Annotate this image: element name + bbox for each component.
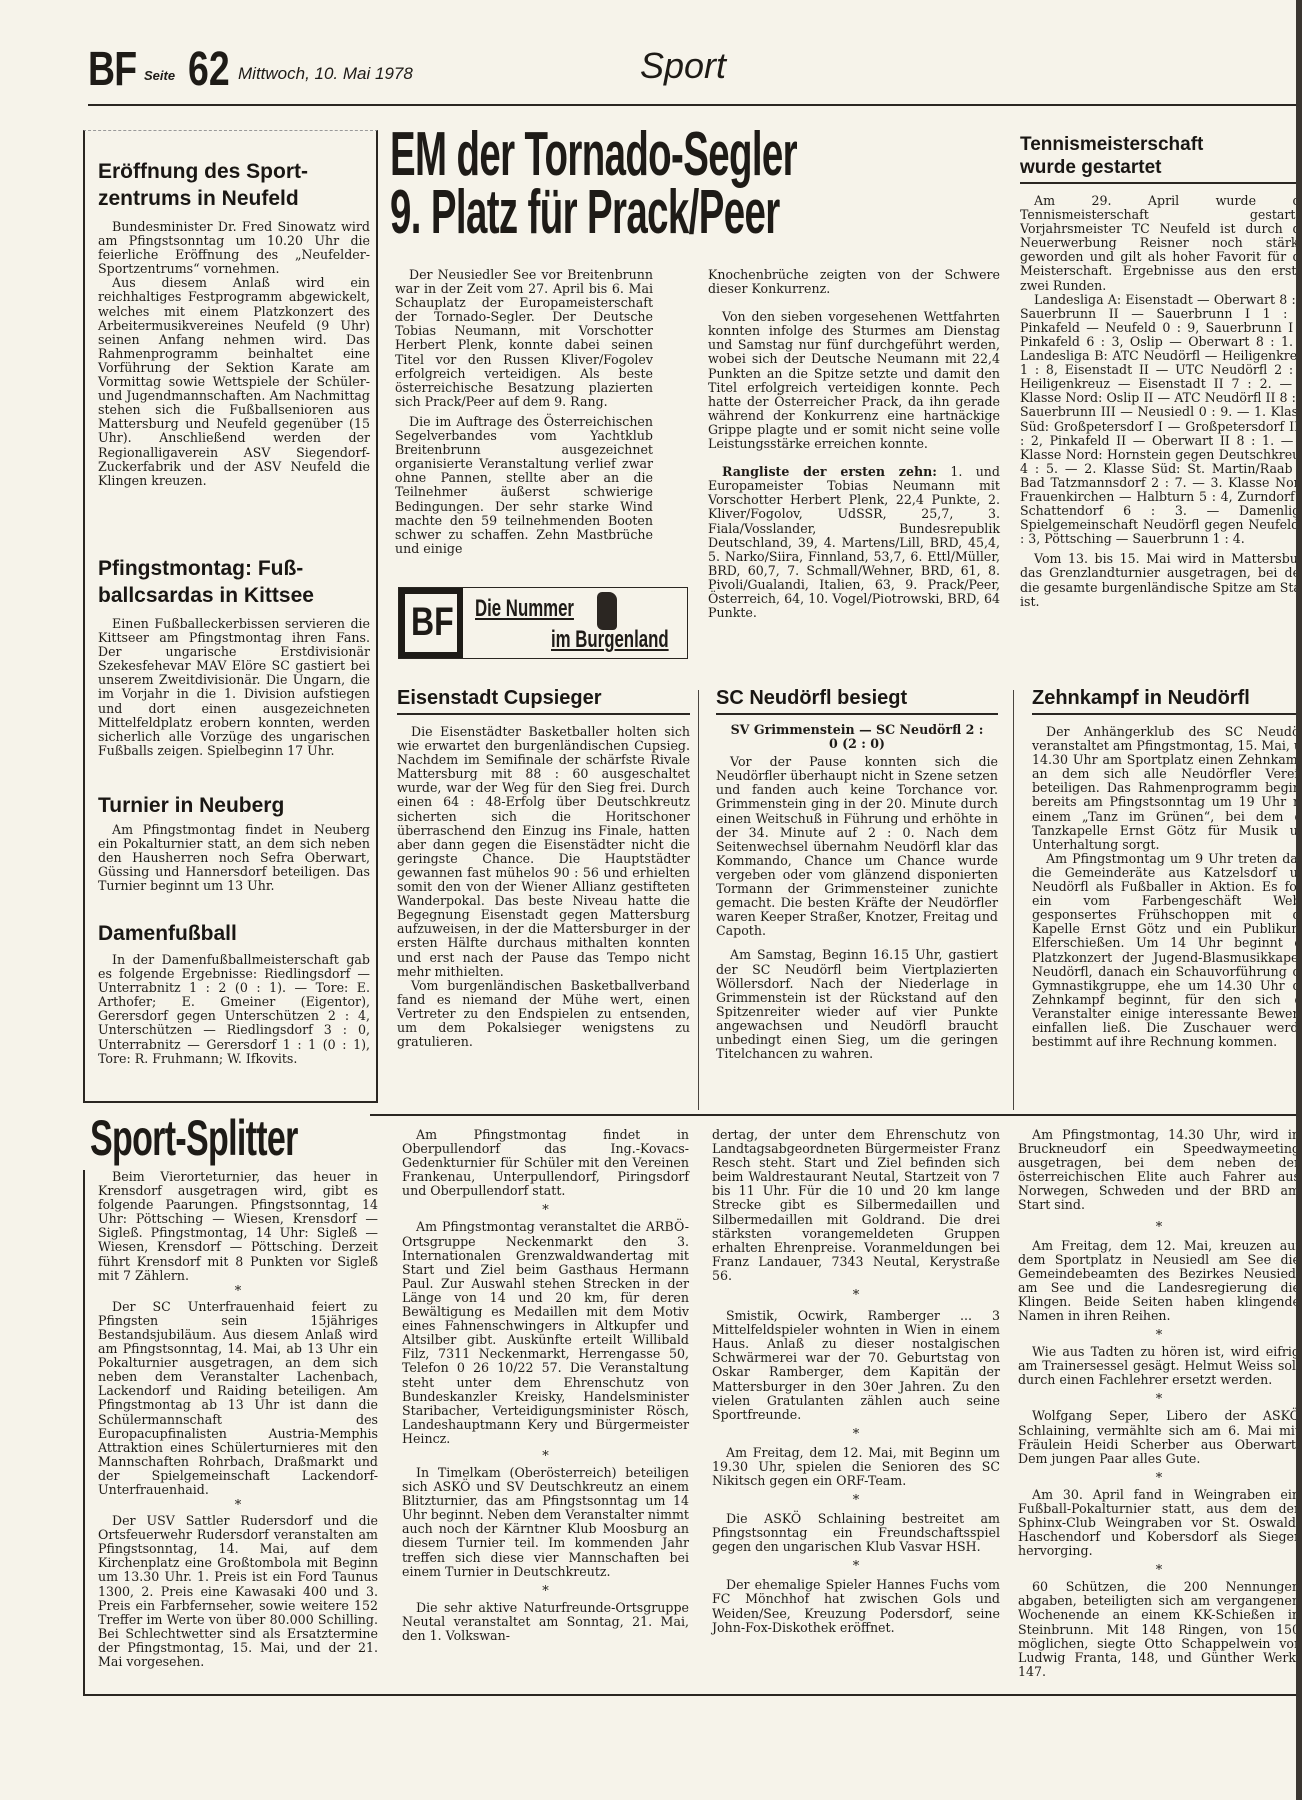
paragraph: Beim Vierorteturnier, das heuer in Krens…: [98, 1170, 378, 1283]
lead-headline-line1: EM der Tornado-Segler: [390, 126, 774, 184]
paragraph: Am Pfingstmontag um 9 Uhr treten dann di…: [1032, 852, 1302, 1049]
kittsee-headline-line1: Pfingstmontag: Fuß-: [98, 555, 370, 582]
paragraph: Der USV Sattler Rudersdorf und die Ortsf…: [98, 1514, 378, 1669]
kittsee-body: Einen Fußballeckerbissen servieren die K…: [98, 617, 370, 758]
article-neufeld: Eröffnung des Sport- zentrums in Neufeld…: [98, 158, 370, 488]
score-line: SV Grimmenstein — SC Neudörfl 2 : 0 (2 :…: [716, 723, 998, 751]
neufeld-body: Bundesminister Dr. Fred Sinowatz wird am…: [98, 220, 370, 488]
splitter-col-4: Am Pfingstmontag, 14.30 Uhr, wird in Bru…: [1018, 1128, 1300, 1679]
separator-asterisk: *: [98, 1285, 378, 1299]
masthead-date: Mittwoch, 10. Mai 1978: [238, 64, 413, 84]
number-one-icon: [597, 592, 617, 630]
splitter-top-rule: [370, 1114, 1302, 1116]
separator-asterisk: *: [1018, 1329, 1300, 1343]
paragraph: Bundesminister Dr. Fred Sinowatz wird am…: [98, 220, 370, 276]
masthead-page-number: 62: [188, 46, 230, 94]
bf-ad-logo-box: BF: [399, 588, 463, 658]
bf-ad-logo: BF: [411, 602, 454, 642]
neuberg-body: Am Pfingstmontag findet in Neuberg ein P…: [98, 823, 370, 893]
tennis-headline-line1: Tennismeisterschaft: [1020, 133, 1302, 156]
masthead-rule: [88, 104, 1298, 106]
article-eisenstadt: Eisenstadt Cupsieger Die Eisenstädter Ba…: [397, 685, 690, 1049]
page-edge: [1296, 0, 1302, 1800]
article-neuberg: Turnier in Neuberg Am Pfingstmontag find…: [98, 792, 370, 893]
article-sc-neudoerfl: SC Neudörfl besiegt SV Grimmenstein — SC…: [716, 685, 998, 1061]
paragraph: Am Pfingstmontag, 14.30 Uhr, wird in Bru…: [1018, 1128, 1300, 1213]
separator-asterisk: *: [402, 1585, 689, 1599]
paragraph: Wie aus Tadten zu hören ist, wird eifrig…: [1018, 1345, 1300, 1387]
column-divider: [1013, 690, 1014, 1110]
tennis-headline-line2: wurde gestartet: [1020, 156, 1302, 179]
article-kittsee: Pfingstmontag: Fuß- ballcsardas in Kitts…: [98, 555, 370, 758]
separator-asterisk: *: [712, 1560, 1000, 1574]
tennis-rule: [1020, 182, 1302, 184]
neuberg-headline: Turnier in Neuberg: [98, 792, 370, 819]
separator-asterisk: *: [1018, 1472, 1300, 1486]
paragraph: Die ASKÖ Schlaining bestreitet am Pfings…: [712, 1512, 1000, 1554]
separator-asterisk: *: [1018, 1393, 1300, 1407]
column-divider: [698, 690, 699, 1110]
damen-headline: Damenfußball: [98, 920, 370, 947]
zehnkampf-headline: Zehnkampf in Neudörfl: [1032, 685, 1302, 711]
bf-ad-line1: Die Nummer: [475, 597, 574, 621]
lead-col-1: Der Neusiedler See vor Breitenbrunn war …: [395, 268, 653, 556]
sc-neudoerfl-body: Vor der Pause konnten sich die Neudörfle…: [716, 755, 998, 1061]
masthead-page-label: Seite: [144, 68, 175, 83]
article-damenfussball: Damenfußball In der Damenfußballmeisters…: [98, 920, 370, 1066]
sc-neudoerfl-headline: SC Neudörfl besiegt: [716, 685, 998, 711]
splitter-headline: Sport-Splitter: [90, 1112, 298, 1164]
separator-asterisk: *: [98, 1499, 378, 1513]
lead-headline-line2: 9. Platz für Prack/Peer: [390, 184, 774, 242]
paragraph: Am 29. April wurde die Tennismeisterscha…: [1020, 194, 1302, 293]
masthead: BF Seite 62 Mittwoch, 10. Mai 1978 Sport: [88, 44, 1298, 104]
kittsee-headline: Pfingstmontag: Fuß- ballcsardas in Kitts…: [98, 555, 370, 609]
kittsee-headline-line2: ballcsardas in Kittsee: [98, 582, 370, 609]
paragraph: Am Freitag, dem 12. Mai, kreuzen auf dem…: [1018, 1239, 1300, 1324]
paragraph: Die Eisenstädter Basketballer holten sic…: [397, 725, 690, 979]
paragraph: Von den sieben vorgesehenen Wettfahrten …: [708, 310, 1000, 451]
paragraph: Aus diesem Anlaß wird ein reichhaltiges …: [98, 276, 370, 487]
paragraph: Am 30. April fand in Weingraben ein Fußb…: [1018, 1488, 1300, 1558]
masthead-logo: BF: [88, 46, 136, 94]
paragraph: Am Samstag, Beginn 16.15 Uhr, gastiert d…: [716, 948, 998, 1061]
paragraph: Am Pfingstmontag findet in Oberpullendor…: [402, 1128, 689, 1198]
paragraph: Wolfgang Seper, Libero der ASKÖ Schlaini…: [1018, 1409, 1300, 1465]
separator-asterisk: *: [1018, 1221, 1300, 1235]
paragraph: In der Damenfußballmeisterschaft gab es …: [98, 953, 370, 1066]
paragraph: Der ehemalige Spieler Hannes Fuchs vom F…: [712, 1578, 1000, 1634]
zehnkampf-body: Der Anhängerklub des SC Neudörfl veranst…: [1032, 725, 1302, 1049]
paragraph: Smistik, Ocwirk, Ramberger ... 3 Mittelf…: [712, 1309, 1000, 1422]
ranking-text: 1. und Europameister Tobias Neumann mit …: [708, 464, 1000, 620]
paragraph: Der Neusiedler See vor Breitenbrunn war …: [395, 268, 653, 409]
article-tennis: Tennismeisterschaft wurde gestartet Am 2…: [1020, 133, 1302, 609]
sc-neudoerfl-rule: [716, 713, 998, 715]
paragraph: Knochenbrüche zeigten von der Schwere di…: [708, 268, 1000, 296]
splitter-col-3: dertag, der unter dem Ehrenschutz von La…: [712, 1128, 1000, 1635]
section-title: Sport: [640, 46, 726, 86]
eisenstadt-body: Die Eisenstädter Basketballer holten sic…: [397, 725, 690, 1049]
paragraph: Vom 13. bis 15. Mai wird in Mattersburg …: [1020, 552, 1302, 608]
paragraph: Der SC Unterfrauenhaid feiert zu Pfingst…: [98, 1300, 378, 1497]
tennis-headline: Tennismeisterschaft wurde gestartet: [1020, 133, 1302, 179]
paragraph: Die im Auftrage des Österreichischen Seg…: [395, 415, 653, 556]
paragraph: Vom burgenländischen Basketballverband f…: [397, 979, 690, 1049]
splitter-col-1: Beim Vierorteturnier, das heuer in Krens…: [98, 1170, 378, 1669]
paragraph: Am Pfingstmontag findet in Neuberg ein P…: [98, 823, 370, 893]
separator-asterisk: *: [1018, 1564, 1300, 1578]
paragraph: Am Pfingstmontag veranstaltet die ARBÖ-O…: [402, 1220, 689, 1446]
paragraph: Vor der Pause konnten sich die Neudörfle…: [716, 755, 998, 938]
zehnkampf-rule: [1032, 713, 1302, 715]
article-zehnkampf: Zehnkampf in Neudörfl Der Anhängerklub d…: [1032, 685, 1302, 1049]
paragraph: 60 Schützen, die 200 Nennungen abgaben, …: [1018, 1580, 1300, 1679]
separator-asterisk: *: [712, 1428, 1000, 1442]
paragraph: Die sehr aktive Naturfreunde-Ortsgruppe …: [402, 1601, 689, 1643]
bf-ad: BF Die Nummer im Burgenland: [398, 587, 688, 659]
paragraph: Der Anhängerklub des SC Neudörfl veranst…: [1032, 725, 1302, 852]
separator-asterisk: *: [712, 1289, 1000, 1303]
separator-asterisk: *: [712, 1494, 1000, 1508]
paragraph: dertag, der unter dem Ehrenschutz von La…: [712, 1128, 1000, 1283]
eisenstadt-rule: [397, 713, 690, 715]
ranking-paragraph: Rangliste der ersten zehn: 1. und Europa…: [708, 465, 1000, 620]
splitter-col-2: Am Pfingstmontag findet in Oberpullendor…: [402, 1128, 689, 1643]
lead-col-2: Knochenbrüche zeigten von der Schwere di…: [708, 268, 1000, 620]
paragraph: In Timelkam (Oberösterreich) beteiligen …: [402, 1466, 689, 1579]
eisenstadt-headline: Eisenstadt Cupsieger: [397, 685, 690, 711]
separator-asterisk: *: [402, 1204, 689, 1218]
neufeld-headline-line1: Eröffnung des Sport-: [98, 158, 370, 185]
damen-body: In der Damenfußballmeisterschaft gab es …: [98, 953, 370, 1066]
lead-headline: EM der Tornado-Segler 9. Platz für Prack…: [390, 126, 1010, 256]
separator-asterisk: *: [402, 1450, 689, 1464]
bf-ad-line2: im Burgenland: [551, 628, 669, 652]
paragraph: Einen Fußballeckerbissen servieren die K…: [98, 617, 370, 758]
neufeld-headline: Eröffnung des Sport- zentrums in Neufeld: [98, 158, 370, 212]
paragraph: Landesliga A: Eisenstadt — Oberwart 8 : …: [1020, 293, 1302, 547]
ranking-label: Rangliste der ersten zehn:: [722, 464, 937, 479]
neufeld-headline-line2: zentrums in Neufeld: [98, 185, 370, 212]
tennis-body: Am 29. April wurde die Tennismeisterscha…: [1020, 194, 1302, 609]
paragraph: Am Freitag, dem 12. Mai, mit Beginn um 1…: [712, 1446, 1000, 1488]
